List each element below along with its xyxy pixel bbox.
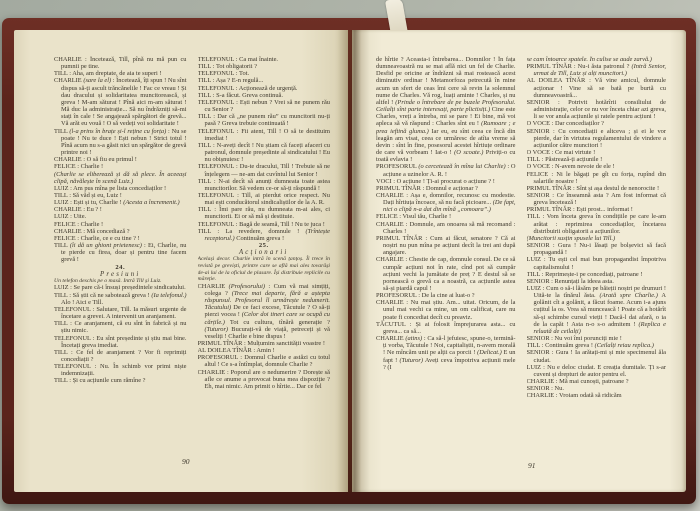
dialogue-line: O VOCE : Ce mai virtute ! — [527, 149, 667, 156]
book-cover: CHARLIE : Încetează, Till, pînă nu mă pu… — [2, 18, 696, 504]
dialogue-continuation: de hîrtie ? Aceasta-i întrebarea... Domn… — [376, 56, 516, 163]
dialogue-line: LUIZ : Nu e deloc ciudat. E creația dumi… — [527, 364, 667, 378]
dialogue-line: LUIZ : Tu ești cel mai bun propagandist … — [527, 256, 667, 270]
dialogue-line: CHARLIE : Eu ? ! — [54, 206, 187, 213]
dialogue-line: TILL : Reprimește-i pe concediați, patro… — [527, 271, 667, 278]
dialogue-line: CHARLIE : Mă concediază ? — [54, 228, 187, 235]
dialogue-line: CHARLIE : Vroiam odată să ridicăm — [527, 392, 667, 399]
dialogue-line: TELEFONUL : Ca mai înainte. — [198, 56, 331, 63]
dialogue-line: PROFESORUL (o cercetează în mîna lui Cha… — [376, 163, 516, 177]
dialogue-line: TELEFONUL : Bagă de seamă, Till ! Nu te … — [198, 221, 331, 228]
dialogue-line: TELEFONUL : Ești nebun ? Vrei să ne pune… — [198, 99, 331, 113]
dialogue-line: FELICE : Charlie ! — [54, 221, 187, 228]
dialogue-line: SENIOR : Gura ! Nu-i lăsați pe bolșevici… — [527, 242, 667, 256]
dialogue-line: LUIZ : Cum o să-i lăsăm pe băieții noștr… — [527, 285, 667, 335]
dialogue-line: LUIZ : Ești și tu, Charlie ! (Acesta a î… — [54, 199, 187, 206]
dialogue-line: CHARLIE (atins) : Ca să-l jefuiesc, spun… — [376, 335, 516, 371]
dialogue-line: FELICE : Charlie ! — [54, 163, 187, 170]
dialogue-line: SENIOR : Gura ! Ia arătați-mi și mie spe… — [527, 349, 667, 363]
dialogue-line: TILL : Și cu acțiunile cum rămîne ? — [54, 377, 187, 384]
dialogue-line: TILL : Așa ? E-n regulă... — [198, 77, 331, 84]
photo-background: { "colors":{ "cover":"#5b241c", "cover_h… — [0, 0, 700, 511]
dialogue-line: SENIOR : Nu. — [527, 385, 667, 392]
text-column: TELEFONUL : Ca mai înainte.TILL : Tot ob… — [198, 56, 331, 460]
dialogue-line: VOCI : O acțiune ! Ți-ai procurat o acți… — [376, 178, 516, 185]
scene-description: Un telefon deschis pe o masă. Intră Till… — [54, 278, 187, 285]
page-left: CHARLIE : Încetează, Till, pînă nu mă pu… — [14, 30, 348, 492]
page-number-right: 91 — [528, 461, 536, 470]
dialogue-line: FELICE : Visul tău, Charlie ! — [376, 213, 516, 220]
dialogue-line: CHARLIE : Domnule, am onoarea să mă reco… — [376, 221, 516, 235]
dialogue-line: LUIZ : Uite. — [54, 213, 187, 220]
dialogue-line: TELEFONUL : Tot. — [198, 70, 331, 77]
dialogue-line: LUIZ : Am pus mîna pe lista concediațilo… — [54, 185, 187, 192]
text-column: CHARLIE : Încetează, Till, pînă nu mă pu… — [54, 56, 187, 460]
dialogue-line: SENIOR : Cu concediații e altceva ; și e… — [527, 128, 667, 149]
dialogue-line: TILL : Dar că „ne punem rău” cu muncitor… — [198, 113, 331, 127]
dialogue-line: TILL : Să știi că ne sabotează greva ! (… — [54, 292, 187, 306]
text-column: se cam întoarce spatele. În culise se au… — [527, 56, 667, 460]
dialogue-line: CHARLIE (sare la el) : Încetează, îți sp… — [54, 77, 187, 127]
dialogue-line: TELEFONUL : Fii atent, Till ! O să te de… — [198, 128, 331, 142]
page-number-left: 90 — [182, 457, 190, 466]
dialogue-line: TĂCUTUL : Și ai folosit împrejurarea ast… — [376, 321, 516, 335]
stage-direction: (Charlie se eliberează și dă să plece. Î… — [54, 171, 187, 185]
dialogue-line: TILL : Îmi pare rău, nu dumneata m-ai al… — [198, 206, 331, 220]
dialogue-line: AL DOILEA TÎNĂR : Vă vine amicul, domnul… — [527, 77, 667, 98]
dialogue-line: TELEFONUL : Till, ai pierdut orice respe… — [198, 192, 331, 206]
text-column: de hîrtie ? Aceasta-i întrebarea... Domn… — [376, 56, 516, 460]
dialogue-line: CHARLIE : Chestie de cap, domnule consul… — [376, 256, 516, 292]
dialogue-line: TILL : N-ai decît să anunți dumneata toa… — [198, 178, 331, 192]
scene-description: Același decor. Charlie intră în scenă ța… — [198, 256, 331, 282]
dialogue-line: CHARLIE (Profesorului) : Cum vă mai simț… — [198, 283, 331, 340]
open-pages: CHARLIE : Încetează, Till, pînă nu mă pu… — [14, 30, 686, 492]
dialogue-line: TILL : Păstrează-ți acțiunile ! — [527, 156, 667, 163]
dialogue-line: TILL : Tot obligatorii ? — [198, 63, 331, 70]
section-number: 24. — [54, 264, 187, 271]
dialogue-line: TILL : Vom înceta greva în condițiile pe… — [527, 213, 667, 234]
page-right-body: de hîrtie ? Aceasta-i întrebarea... Domn… — [376, 56, 666, 460]
dialogue-line: TELEFONUL : Acționează de urgență. — [198, 85, 331, 92]
dialogue-line: CHARLIE : Așa e, domnilor, recunosc cu m… — [376, 192, 516, 213]
dialogue-line: AL DOILEA TÎNĂR : Amin ! — [198, 347, 331, 354]
dialogue-line: FELICE : Charlie, ce e cu tine ? ! — [54, 235, 187, 242]
page-left-body: CHARLIE : Încetează, Till, pînă nu mă pu… — [54, 56, 330, 460]
dialogue-line: SENIOR : Nu voi îmi porunciți mie ! — [527, 335, 667, 342]
dialogue-line: TILL : La revedere, domnule ! (Trîntește… — [198, 228, 331, 242]
dialogue-line: TILL : N-aveți decît ! Nu știam că faceț… — [198, 142, 331, 163]
dialogue-line: SENIOR : Potrivit hotărîrii consiliului … — [527, 99, 667, 120]
dialogue-line: TILL (l-a prins în brațe și-l reține cu … — [54, 128, 187, 157]
dialogue-line: TELEFONUL : Salutare, Till. Ia măsuri ur… — [54, 306, 187, 320]
dialogue-line: TELEFONUL : Du-te dracului, Till ! Trebu… — [198, 163, 331, 177]
dialogue-line: TILL : Continuăm greva ! (Ceilalți reiau… — [527, 342, 667, 349]
dialogue-line: TELEFONUL : Eu sînt președinte și știu m… — [54, 335, 187, 349]
dialogue-line: PRIMUL TÎNĂR : Cum ai făcut, senatore ? … — [376, 235, 516, 256]
dialogue-line: TILL : S-a făcut. Greva continuă. — [198, 92, 331, 99]
dialogue-line: FELICE : Ni le băgați pe gît cu forța, r… — [527, 171, 667, 185]
dialogue-line: PRIMUL TÎNĂR : Domnul e acționar ? — [376, 185, 516, 192]
dialogue-line: CHARLIE : Mă mai cunoști, patroane ? — [527, 378, 667, 385]
section-number: 25. — [198, 242, 331, 249]
dialogue-line: TELEFONUL : Nu. În schimb vor primi nișt… — [54, 363, 187, 377]
stage-direction: (Muncitorii susțin spusele lui Till.) — [527, 235, 667, 242]
dialogue-line: CHARLIE : Nu mai știu. Am... uitat. Oric… — [376, 299, 516, 320]
dialogue-line: SENIOR : Ce înseamnă asta ? Am fost info… — [527, 192, 667, 206]
section-title: Presiuni — [54, 271, 187, 278]
dialogue-line: PRIMUL TÎNĂR : Nu-i ăsta patronul ? (Int… — [527, 63, 667, 77]
page-right: de hîrtie ? Aceasta-i întrebarea... Domn… — [352, 30, 686, 492]
dialogue-line: PROFESORUL : De la cine ai luat-o ? — [376, 292, 516, 299]
dialogue-line: CHARLIE : Încetează, Till, pînă nu mă pu… — [54, 56, 187, 70]
dialogue-line: PRIMUL TÎNĂR : Ești prost... informat ! — [527, 206, 667, 213]
dialogue-line: CHARLIE : Poporul are o nedumerire ? Dor… — [198, 369, 331, 390]
dialogue-line: TILL (îi dă un ghiont prietenesc) : Ei, … — [54, 242, 187, 263]
dialogue-line: CHARLIE : O să fiu eu primul ! — [54, 156, 187, 163]
dialogue-line: LUIZ : Se pare că-i însuși președintele … — [54, 284, 187, 291]
dialogue-line: PROFESORUL : Domnul Charlie e astăzi cu … — [198, 354, 331, 368]
dialogue-line: TILL : Să văd și eu, Luiz ! — [54, 192, 187, 199]
dialogue-line: O VOCE : Dar concediaților ? — [527, 120, 667, 127]
dialogue-line: TILL : Ce fel de aranjament ? Vor fi rep… — [54, 349, 187, 363]
dialogue-line: SENIOR : Renunțați la ideea asta. — [527, 278, 667, 285]
dialogue-line: TILL : Ce aranjament, că eu sînt în fabr… — [54, 320, 187, 334]
dialogue-line: O VOCE : N-avem nevoie de ele ! — [527, 163, 667, 170]
dialogue-line: PRIMUL TÎNĂR : Sînt și așa destul de nen… — [527, 185, 667, 192]
